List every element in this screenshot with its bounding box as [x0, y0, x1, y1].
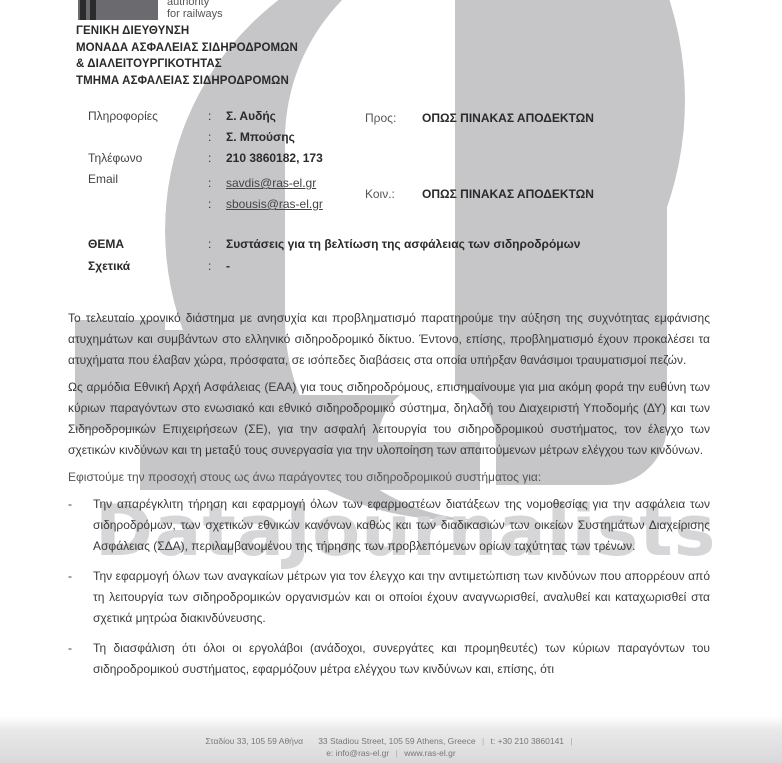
footer-separator — [309, 736, 311, 746]
phone-label: Τηλέφωνο — [88, 151, 142, 165]
document-page: authority for railways ΓΕΝΙΚΗ ΔΙΕΥΘΥΝΣΗ … — [0, 0, 782, 763]
cc-label: Κοιν.: — [365, 187, 395, 201]
dash-bullet-icon: - — [68, 494, 72, 515]
related-label: Σχετικά — [88, 259, 130, 273]
colon: : — [208, 130, 211, 144]
org-line: ΓΕΝΙΚΗ ΔΙΕΥΘΥΝΣΗ — [76, 23, 298, 40]
org-line: ΜΟΝΑΔΑ ΑΣΦΑΛΕΙΑΣ ΣΙΔΗΡΟΔΡΟΜΩΝ — [76, 40, 298, 57]
logo-caption: authority for railways — [167, 0, 223, 20]
contact-name: Σ. Αυδής — [226, 109, 276, 123]
recommendation-list: - Την απαρέγκλιτη τήρηση και εφαρμογή όλ… — [68, 494, 710, 680]
email-link[interactable]: sbousis@ras-el.gr — [226, 197, 323, 211]
footer-separator: | — [482, 736, 484, 746]
subject-label: ΘΕΜΑ — [88, 237, 124, 251]
dash-bullet-icon: - — [68, 638, 72, 659]
footer-line-1: Σταδίου 33, 105 59 Αθήνα 33 Stadiou Stre… — [0, 735, 782, 747]
paragraph: Ως αρμόδια Εθνική Αρχή Ασφάλειας (ΕΑΑ) γ… — [68, 377, 710, 461]
dash-bullet-icon: - — [68, 566, 72, 587]
related-value: - — [226, 259, 230, 273]
list-item-text: Τη διασφάλιση ότι όλοι οι εργολάβοι (ανά… — [93, 641, 710, 676]
footer-address-en: 33 Stadiou Street, 105 59 Athens, Greece — [318, 736, 475, 746]
colon: : — [208, 197, 211, 211]
list-item: - Την εφαρμογή όλων των αναγκαίων μέτρων… — [68, 566, 710, 629]
logo-bar — [80, 0, 86, 20]
footer-address-gr: Σταδίου 33, 105 59 Αθήνα — [205, 736, 303, 746]
footer-website[interactable]: www.ras-el.gr — [404, 748, 455, 758]
to-value: ΟΠΩΣ ΠΙΝΑΚΑΣ ΑΠΟΔΕΚΤΩΝ — [422, 111, 594, 125]
organization-header: ΓΕΝΙΚΗ ΔΙΕΥΘΥΝΣΗ ΜΟΝΑΔΑ ΑΣΦΑΛΕΙΑΣ ΣΙΔΗΡΟ… — [76, 23, 298, 89]
colon: : — [208, 259, 211, 273]
agency-logo — [78, 0, 158, 20]
info-label: Πληροφορίες — [88, 109, 158, 123]
contact-name: Σ. Μπούσης — [226, 130, 295, 144]
list-intro: Εφιστούμε την προσοχή στους ως άνω παράγ… — [68, 467, 710, 488]
logo-bar — [90, 0, 96, 20]
footer-email[interactable]: e: info@ras-el.gr — [326, 748, 389, 758]
colon: : — [208, 151, 211, 165]
paragraph: Το τελευταίο χρονικό διάστημα με ανησυχί… — [68, 308, 710, 371]
org-line: & ΔΙΑΛΕΙΤΟΥΡΓΙΚΟΤΗΤΑΣ — [76, 56, 298, 73]
letter-body: Το τελευταίο χρονικό διάστημα με ανησυχί… — [68, 308, 710, 689]
to-label: Προς: — [365, 111, 396, 125]
logo-caption-line: for railways — [167, 8, 223, 20]
org-line: ΤΜΗΜΑ ΑΣΦΑΛΕΙΑΣ ΣΙΔΗΡΟΔΡΟΜΩΝ — [76, 73, 298, 90]
logo-caption-line: authority — [167, 0, 223, 8]
footer-separator: | — [396, 748, 398, 758]
footer-line-2: e: info@ras-el.gr | www.ras-el.gr — [0, 747, 782, 759]
footer-phone: t: +30 210 3860141 — [491, 736, 565, 746]
colon: : — [208, 237, 211, 251]
footer-separator: | — [570, 736, 572, 746]
list-item-text: Την εφαρμογή όλων των αναγκαίων μέτρων γ… — [93, 569, 710, 625]
list-item: - Τη διασφάλιση ότι όλοι οι εργολάβοι (α… — [68, 638, 710, 680]
email-label: Email — [88, 172, 118, 186]
colon: : — [208, 109, 211, 123]
list-item-text: Την απαρέγκλιτη τήρηση και εφαρμογή όλων… — [93, 497, 710, 553]
phone-value: 210 3860182, 173 — [226, 151, 323, 165]
cc-value: ΟΠΩΣ ΠΙΝΑΚΑΣ ΑΠΟΔΕΚΤΩΝ — [422, 187, 594, 201]
colon: : — [208, 176, 211, 190]
subject-value: Συστάσεις για τη βελτίωση της ασφάλειας … — [226, 237, 580, 251]
email-link[interactable]: savdis@ras-el.gr — [226, 176, 316, 190]
list-item: - Την απαρέγκλιτη τήρηση και εφαρμογή όλ… — [68, 494, 710, 557]
page-footer: Σταδίου 33, 105 59 Αθήνα 33 Stadiou Stre… — [0, 716, 782, 763]
